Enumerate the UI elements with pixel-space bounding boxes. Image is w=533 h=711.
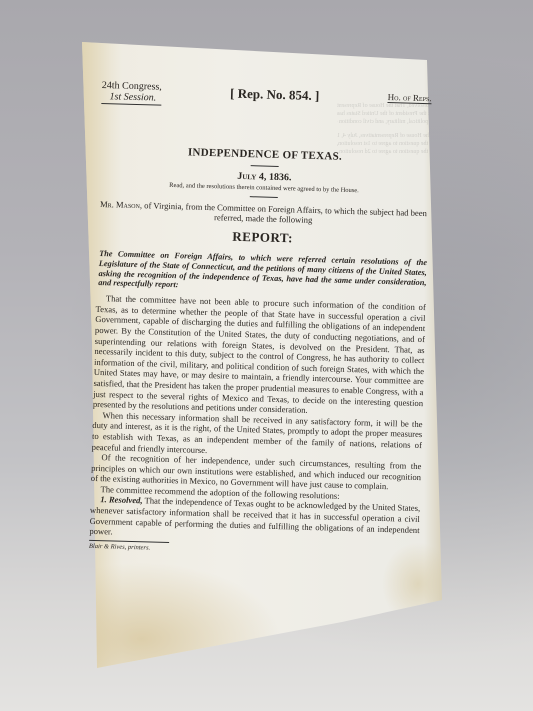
mover-name: Mr. Mason, (100, 199, 142, 210)
report-intro: The Committee on Foreign Affairs, to whi… (96, 249, 427, 297)
divider (250, 196, 278, 198)
mover-statement: Mr. Mason, of Virginia, from the Committ… (98, 199, 428, 228)
report-number: [ Rep. No. 854. ] (230, 84, 320, 104)
resolution-label: 1. Resolved, (100, 495, 143, 506)
document-content: 24th Congress, 1st Session. [ Rep. No. 8… (89, 80, 432, 559)
session-label: 1st Session. (101, 91, 161, 104)
resolution-1: 1. Resolved, That the independence of Te… (89, 494, 420, 546)
report-heading: REPORT: (98, 225, 428, 250)
water-stain-bottom (82, 562, 282, 672)
house-label: Ho. of Reps. (388, 88, 432, 104)
document-title: INDEPENDENCE OF TEXAS. (100, 144, 430, 165)
congress-session: 24th Congress, 1st Session. (101, 80, 162, 106)
report-body: That the committee have not been able to… (89, 293, 426, 546)
paragraph: That the committee have not been able to… (93, 293, 426, 419)
mover-text: of Virginia, from the Committee on Forei… (144, 200, 427, 225)
divider (251, 165, 279, 167)
